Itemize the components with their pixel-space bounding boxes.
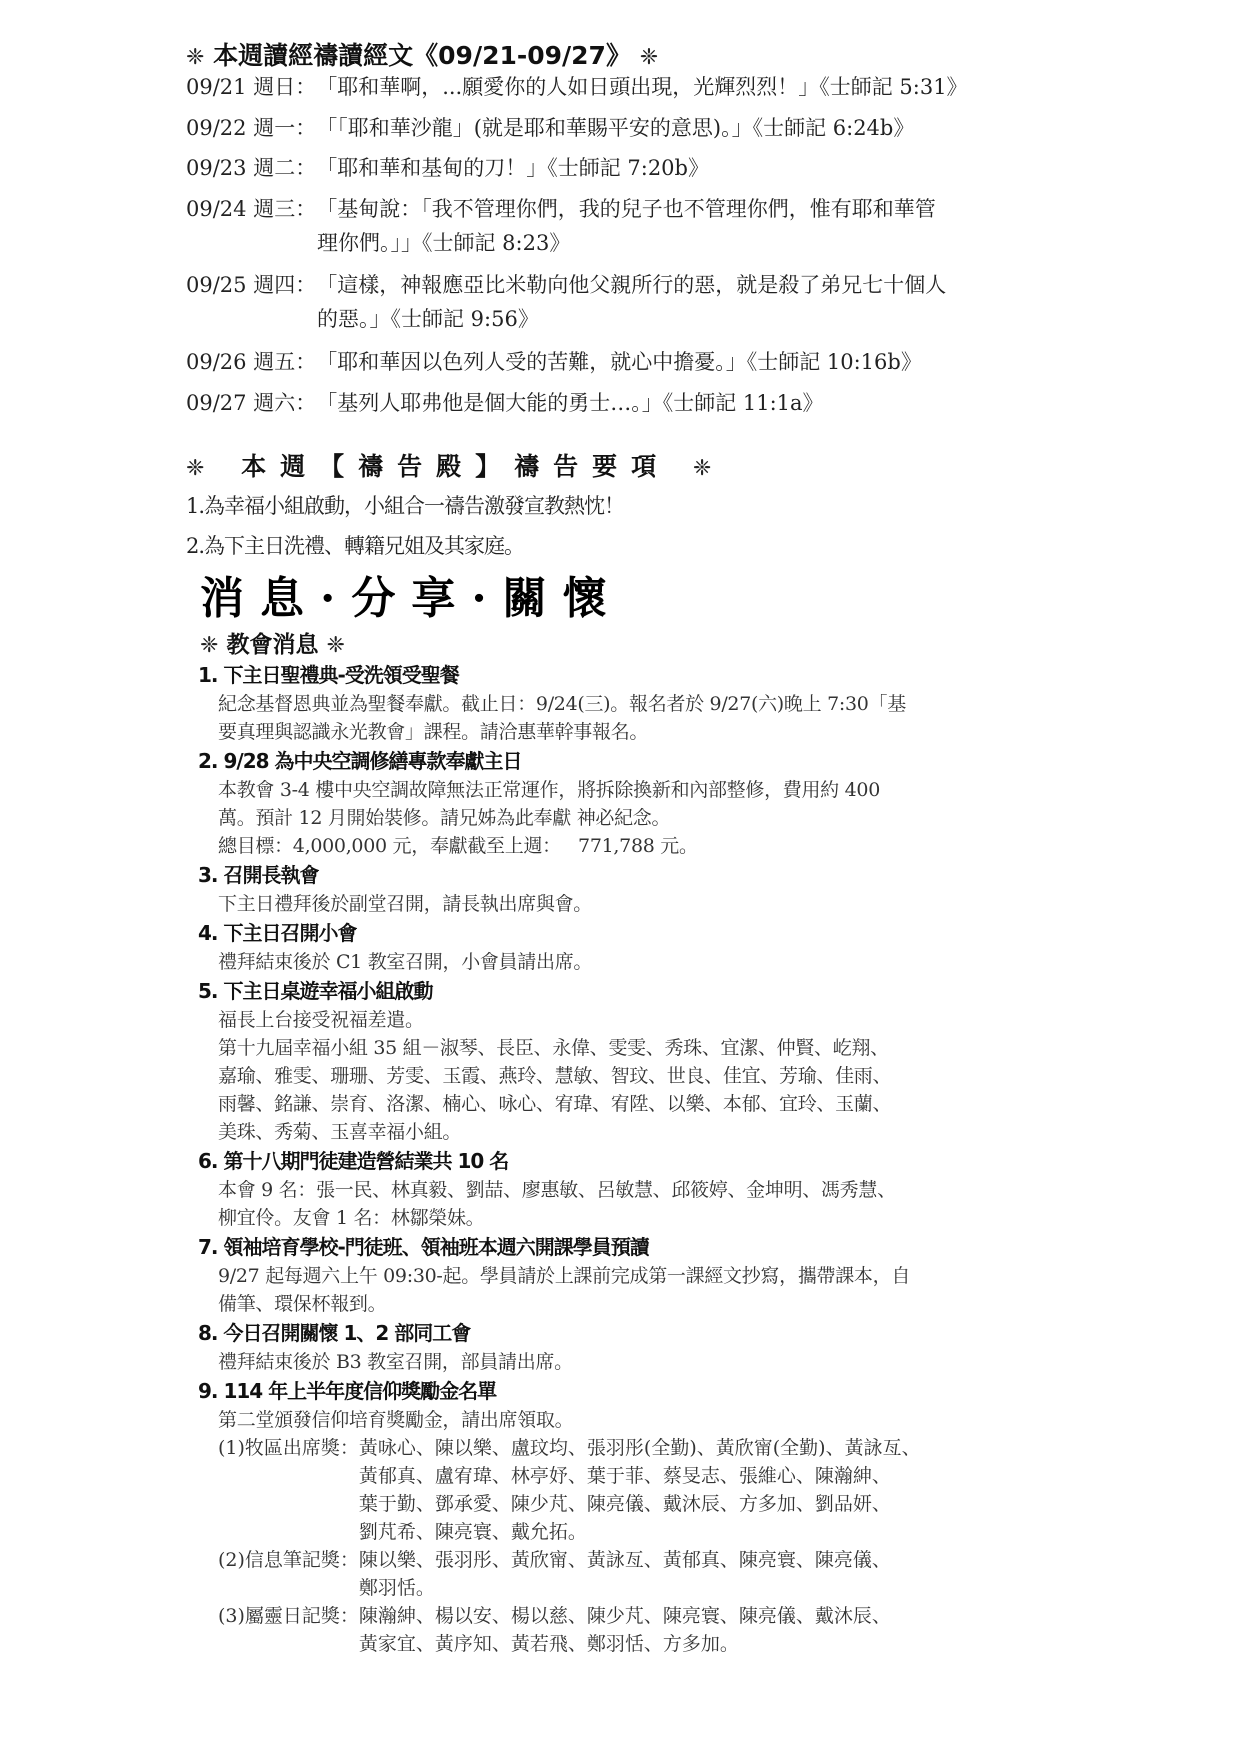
flower-icon: ❈: [640, 45, 658, 70]
news-list: 1. 下主日聖禮典-受洗領受聖餐 紀念基督恩典並為聖餐奉獻。截止日：9/24(三…: [198, 660, 998, 1658]
reading-text: 「基甸說：「我不管理你們，我的兒子也不管理你們，惟有耶和華管: [316, 197, 936, 221]
reading-text: 「「耶和華沙龍」(就是耶和華賜平安的意思)。」《士師記 6:24b》: [316, 116, 914, 140]
news-item-body: 下主日禮拜後於副堂召開，請長執出席與會。: [198, 890, 998, 918]
award-names-line: 陳瀚紳、楊以安、楊以慈、陳少芃、陳亮寰、陳亮儀、戴沐辰、: [359, 1602, 891, 1630]
award-names-line: 黃家宜、黃序知、黃若飛、鄭羽恬、方多加。: [359, 1630, 891, 1658]
reading-text: 「耶和華啊，...願愛你的人如日頭出現，光輝烈烈！」《士師記 5:31》: [316, 75, 967, 99]
news-item-title: 6. 第十八期門徒建造營結業共 10 名: [198, 1146, 998, 1176]
news-heading: ❈ 教會消息 ❈: [200, 626, 345, 659]
reading-date: 09/26 週五：: [186, 345, 316, 379]
news-item-body: 紀念基督恩典並為聖餐奉獻。截止日：9/24(三)。報名者於 9/27(六)晚上 …: [198, 690, 998, 718]
news-item-title: 1. 下主日聖禮典-受洗領受聖餐: [198, 660, 998, 690]
news-item-title: 4. 下主日召開小會: [198, 918, 998, 948]
reading-date: 09/27 週六：: [186, 386, 316, 420]
award-names-line: 陳以樂、張羽彤、黃欣甯、黃詠亙、黃郁真、陳亮寰、陳亮儀、: [359, 1546, 891, 1574]
news-item-body: 福長上台接受祝福差遣。: [198, 1006, 998, 1034]
prayer-heading-title: 本週【禱告殿】禱告要項: [241, 452, 670, 481]
news-item: 3. 召開長執會 下主日禮拜後於副堂召開，請長執出席與會。: [198, 860, 998, 918]
news-item: 4. 下主日召開小會 禮拜結束後於 C1 教室召開，小會員請出席。: [198, 918, 998, 976]
award-names-line: 黃咏心、陳以樂、盧玟均、張羽彤(全勤)、黃欣甯(全勤)、黃詠亙、: [359, 1434, 921, 1462]
main-title: 消息·分享·關懷: [200, 562, 623, 626]
reading-heading-title: 本週讀經禱讀經文《09/21-09/27》: [213, 41, 631, 70]
award-label: (3)屬靈日記獎：: [218, 1602, 359, 1658]
prayer-heading: ❈ 本週【禱告殿】禱告要項 ❈: [186, 447, 725, 483]
news-item-body: 9/27 起每週六上午 09:30-起。學員請於上課前完成第一課經文抄寫，攜帶課…: [198, 1262, 998, 1290]
award-group: (3)屬靈日記獎： 陳瀚紳、楊以安、楊以慈、陳少芃、陳亮寰、陳亮儀、戴沐辰、 黃…: [198, 1602, 998, 1658]
award-names-line: 劉芃希、陳亮寰、戴允拓。: [359, 1518, 921, 1546]
reading-text: 「基列人耶弗他是個大能的勇士…。」《士師記 11:1a》: [316, 391, 823, 415]
reading-date: 09/21 週日：: [186, 70, 316, 104]
reading-item: 09/22 週一：「「耶和華沙龍」(就是耶和華賜平安的意思)。」《士師記 6:2…: [186, 111, 914, 145]
award-label: (2)信息筆記獎：: [218, 1546, 359, 1602]
flower-icon: ❈: [200, 633, 218, 658]
reading-text-continued: 的惡。」《士師記 9:56》: [186, 302, 946, 336]
flower-icon: ❈: [186, 456, 218, 481]
news-item: 8. 今日召開關懷 1、2 部同工會 禮拜結束後於 B3 教室召開，部員請出席。: [198, 1318, 998, 1376]
reading-item: 09/25 週四：「這樣，神報應亞比米勒向他父親所行的惡，就是殺了弟兄七十個人 …: [186, 268, 946, 336]
news-item-body: 備筆、環保杯報到。: [198, 1290, 998, 1318]
news-item: 1. 下主日聖禮典-受洗領受聖餐 紀念基督恩典並為聖餐奉獻。截止日：9/24(三…: [198, 660, 998, 746]
flower-icon: ❈: [693, 456, 725, 481]
news-item: 2. 9/28 為中央空調修繕專款奉獻主日 本教會 3-4 樓中央空調故障無法正…: [198, 746, 998, 860]
award-names: 黃咏心、陳以樂、盧玟均、張羽彤(全勤)、黃欣甯(全勤)、黃詠亙、 黃郁真、盧宥瑋…: [359, 1434, 921, 1546]
award-names: 陳以樂、張羽彤、黃欣甯、黃詠亙、黃郁真、陳亮寰、陳亮儀、 鄭羽恬。: [359, 1546, 891, 1602]
news-item-body: 禮拜結束後於 C1 教室召開，小會員請出席。: [198, 948, 998, 976]
award-names-line: 葉于勤、鄧承愛、陳少芃、陳亮儀、戴沐辰、方多加、劉品妍、: [359, 1490, 921, 1518]
news-item-body: 第十九屆幸福小組 35 組－淑琴、長臣、永偉、雯雯、秀珠、宜潔、仲賢、屹翔、: [198, 1034, 998, 1062]
reading-text: 「耶和華因以色列人受的苦難，就心中擔憂。」《士師記 10:16b》: [316, 350, 922, 374]
news-item-body: 要真理與認識永光教會」課程。請洽惠華幹事報名。: [198, 718, 998, 746]
news-heading-title: 教會消息: [226, 632, 318, 658]
news-item: 5. 下主日桌遊幸福小組啟動 福長上台接受祝福差遣。 第十九屆幸福小組 35 組…: [198, 976, 998, 1146]
award-group: (2)信息筆記獎： 陳以樂、張羽彤、黃欣甯、黃詠亙、黃郁真、陳亮寰、陳亮儀、 鄭…: [198, 1546, 998, 1602]
news-item-title: 8. 今日召開關懷 1、2 部同工會: [198, 1318, 998, 1348]
flower-icon: ❈: [186, 45, 204, 70]
news-item-body: 美珠、秀菊、玉喜幸福小組。: [198, 1118, 998, 1146]
flower-icon: ❈: [326, 633, 344, 658]
news-item-body: 本會 9 名：張一民、林真毅、劉喆、廖惠敏、呂敏慧、邱筱婷、金坤明、馮秀慧、: [198, 1176, 998, 1204]
reading-item: 09/23 週二：「耶和華和基甸的刀！」《士師記 7:20b》: [186, 151, 709, 185]
news-item-body: 本教會 3-4 樓中央空調故障無法正常運作，將拆除換新和內部整修，費用約 400: [198, 776, 998, 804]
news-item-title: 5. 下主日桌遊幸福小組啟動: [198, 976, 998, 1006]
prayer-item: 2.為下主日洗禮、轉籍兄姐及其家庭。: [186, 530, 524, 560]
reading-date: 09/24 週三：: [186, 192, 316, 226]
news-item-body: 總目標：4,000,000 元，奉獻截至上週： 771,788 元。: [198, 832, 998, 860]
news-item-body: 嘉瑜、雅雯、珊珊、芳雯、玉霞、燕玲、慧敏、智玟、世良、佳宜、芳瑜、佳雨、: [198, 1062, 998, 1090]
news-item-title: 7. 領袖培育學校-門徒班、領袖班本週六開課學員預讀: [198, 1232, 998, 1262]
news-item-title: 9. 114 年上半年度信仰獎勵金名單: [198, 1376, 998, 1406]
reading-item: 09/24 週三：「基甸說：「我不管理你們，我的兒子也不管理你們，惟有耶和華管 …: [186, 192, 936, 260]
award-group: (1)牧區出席獎： 黃咏心、陳以樂、盧玟均、張羽彤(全勤)、黃欣甯(全勤)、黃詠…: [198, 1434, 998, 1546]
news-item-body: 第二堂頒發信仰培育獎勵金，請出席領取。: [198, 1406, 998, 1434]
news-item-body: 柳宜伶。友會 1 名：林鄒榮妹。: [198, 1204, 998, 1232]
reading-date: 09/25 週四：: [186, 268, 316, 302]
news-item-body: 禮拜結束後於 B3 教室召開，部員請出席。: [198, 1348, 998, 1376]
award-names-line: 黃郁真、盧宥瑋、林亭妤、葉于菲、蔡旻志、張維心、陳瀚紳、: [359, 1462, 921, 1490]
reading-text: 「耶和華和基甸的刀！」《士師記 7:20b》: [316, 156, 709, 180]
reading-item: 09/21 週日：「耶和華啊，...願愛你的人如日頭出現，光輝烈烈！」《士師記 …: [186, 70, 968, 104]
news-item-title: 2. 9/28 為中央空調修繕專款奉獻主日: [198, 746, 998, 776]
reading-heading: ❈ 本週讀經禱讀經文《09/21-09/27》 ❈: [186, 36, 658, 72]
reading-text: 「這樣，神報應亞比米勒向他父親所行的惡，就是殺了弟兄七十個人: [316, 273, 946, 297]
news-item: 6. 第十八期門徒建造營結業共 10 名 本會 9 名：張一民、林真毅、劉喆、廖…: [198, 1146, 998, 1232]
award-label: (1)牧區出席獎：: [218, 1434, 359, 1546]
news-item: 7. 領袖培育學校-門徒班、領袖班本週六開課學員預讀 9/27 起每週六上午 0…: [198, 1232, 998, 1318]
reading-date: 09/23 週二：: [186, 151, 316, 185]
reading-text-continued: 理你們。」」《士師記 8:23》: [186, 226, 936, 260]
award-names: 陳瀚紳、楊以安、楊以慈、陳少芃、陳亮寰、陳亮儀、戴沐辰、 黃家宜、黃序知、黃若飛…: [359, 1602, 891, 1658]
news-item-title: 3. 召開長執會: [198, 860, 998, 890]
reading-item: 09/26 週五：「耶和華因以色列人受的苦難，就心中擔憂。」《士師記 10:16…: [186, 345, 922, 379]
reading-item: 09/27 週六：「基列人耶弗他是個大能的勇士…。」《士師記 11:1a》: [186, 386, 824, 420]
bulletin-page: ❈ 本週讀經禱讀經文《09/21-09/27》 ❈ 09/21 週日：「耶和華啊…: [0, 0, 1241, 1755]
prayer-item: 1.為幸福小組啟動，小組合一禱告激發宣教熱忱！: [186, 490, 624, 520]
reading-date: 09/22 週一：: [186, 111, 316, 145]
news-item: 9. 114 年上半年度信仰獎勵金名單 第二堂頒發信仰培育獎勵金，請出席領取。 …: [198, 1376, 998, 1658]
award-names-line: 鄭羽恬。: [359, 1574, 891, 1602]
news-item-body: 萬。預計 12 月開始裝修。請兄姊為此奉獻 神必紀念。: [198, 804, 998, 832]
news-item-body: 雨馨、銘謙、崇育、洛潔、楠心、咏心、宥瑋、宥陞、以樂、本郁、宜玲、玉蘭、: [198, 1090, 998, 1118]
